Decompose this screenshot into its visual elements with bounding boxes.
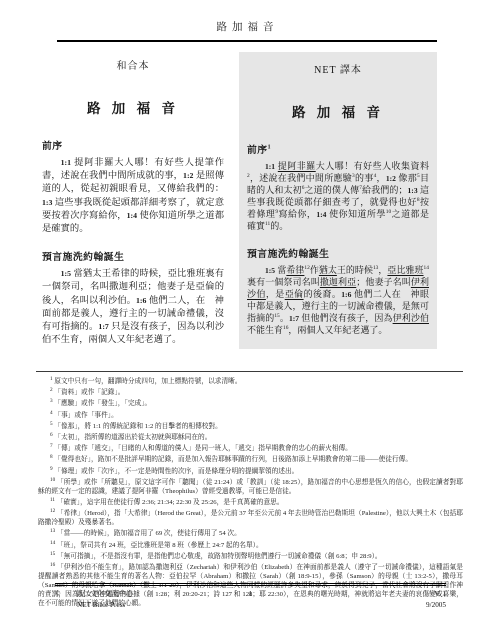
section-heading-john-birth-net: 預言施洗約翰誕生	[247, 246, 429, 260]
verse-number: 1:4	[127, 211, 137, 220]
verse-number: 1:7	[98, 322, 108, 331]
verse-paragraph-net-1: 1:1 提阿非羅大人哪！有好些人收集資料2，述說在我們中間所應驗3的事4，1:2…	[247, 161, 429, 233]
proper-name: 提阿非羅	[278, 161, 316, 171]
footnote-reference: 5	[417, 173, 420, 179]
column-net-version: NET 譯本 路 加 福 音 前序1 1:1 提阿非羅大人哪！有好些人收集資料2…	[239, 52, 437, 349]
proper-name: 伊利沙伯	[393, 313, 429, 323]
footnote-item: 10 「所學」或作「所聽見」，原文這字可作「聽聞」（徒 21:24）或「教訓」（…	[38, 477, 463, 497]
footnote-reference: 2	[247, 173, 250, 179]
footnote-reference: 11	[265, 221, 270, 227]
footnote-number: 9	[50, 466, 53, 472]
verse-paragraph-union-1: 1:1 提阿非羅大人哪！有好些人提筆作書，述說在我們中間所成就的事，1:2 是照…	[42, 157, 224, 236]
footnote-reference: 4	[374, 173, 377, 179]
proper-name: 亞比雅班	[387, 265, 423, 275]
footnotes: 1 原文中只有一句，翻譯時分成四句，加上標點符號，以求清晰。2 「資料」或作「記…	[38, 376, 463, 609]
footnote-item: 14 「班」，祭司共有 24 班，亞比雅班是第 8 班（參歷上 24:7 起的名…	[38, 540, 463, 551]
footnote-item: 15 「無可指摘」，不是指沒有罪，是指他們忠心敬虔，故路加特別聲明他們遵行一切誡…	[38, 551, 463, 562]
footnote-number: 7	[50, 443, 53, 449]
footnote-separator-rule	[36, 371, 463, 372]
footnote-item: 8 「覺得也好」，路加不是批評早期的記錄，而是加入報告耶穌事蹟的行列，日後路加添…	[38, 454, 463, 465]
footnote-item: 11 「確實」，這字用在使徒行傳 2:36; 21:34; 22:30 及 25…	[38, 497, 463, 508]
footnote-item: 4 「事」或作「事件」。	[38, 410, 463, 421]
footnote-item: 2 「資料」或作「記錄」。	[38, 387, 463, 398]
footnote-number: 8	[50, 454, 53, 460]
book-title-union: 路 加 福 音	[42, 97, 224, 117]
verse-number: 1:1	[265, 162, 275, 171]
footnote-number: 14	[50, 540, 55, 546]
footnote-reference: 7	[359, 185, 362, 191]
footnote-number: 15	[50, 551, 55, 557]
column-header-union: 和合本	[42, 52, 224, 72]
page-footer: ©德仁文化交流中心 NET Bible Press 1 V. 1 9/2005	[55, 589, 446, 611]
footnote-number: 13	[50, 528, 55, 534]
copyright-symbol: ©	[55, 590, 60, 598]
footnote-number: 4	[50, 410, 53, 416]
verse-number: 1:2	[386, 174, 396, 183]
footnote-reference: 1	[268, 145, 271, 151]
footnote-reference: 14	[424, 265, 429, 271]
footnote-reference: 8	[417, 197, 420, 203]
footnote-item: 12 「希律」（Herod），指「大希律」（Herod the Great），是…	[38, 508, 463, 528]
footnote-item: 6 「太初」，指所傳的道源出於從太初就與耶穌同在的。	[38, 432, 463, 443]
footnote-item: 1 原文中只有一句，翻譯時分成四句，加上標點符號，以求清晰。	[38, 376, 463, 387]
verse-number: 1:2	[183, 171, 193, 180]
date-label: 9/2005	[266, 600, 447, 611]
footnote-number: 3	[50, 398, 53, 404]
footnote-reference: 6	[302, 185, 305, 191]
proper-name: 亞倫	[285, 289, 304, 299]
footer-publisher: ©德仁文化交流中心 NET Bible Press	[55, 589, 236, 611]
verse-number: 1:3	[42, 198, 52, 207]
footnote-reference: 10	[386, 209, 391, 215]
publisher-name: 德仁文化交流中心	[75, 590, 133, 598]
version-label: V. 1	[266, 589, 447, 600]
footnote-reference: 12	[304, 265, 309, 271]
footnote-reference: 16	[283, 325, 288, 331]
proper-name: 希律	[286, 265, 304, 275]
verse-number: 1:4	[316, 210, 326, 219]
verse-number: 1:6	[136, 296, 146, 305]
footer-version-block: V. 1 9/2005	[266, 589, 447, 611]
footnote-reference: 3	[352, 173, 355, 179]
column-header-net: NET 譯本	[247, 56, 429, 76]
verse-number: 1:7	[289, 314, 299, 323]
proper-name: 撒迦利亞	[320, 277, 356, 287]
footnote-number: 11	[50, 497, 55, 503]
section-heading-preface-net: 前序1	[247, 142, 429, 156]
footer-rule	[55, 583, 446, 586]
page-number: 1	[236, 589, 266, 611]
footnote-reference: 15	[274, 313, 279, 319]
page-running-title: 路加福音	[0, 19, 495, 34]
footnote-number: 6	[50, 432, 53, 438]
verse-number: 1:3	[408, 186, 418, 195]
proper-name: 猶太	[319, 265, 337, 275]
footnote-number: 1	[50, 376, 53, 382]
footnote-item: 3 「應驗」或作「發生」，「完成」。	[38, 398, 463, 409]
translation-columns: 和合本 路 加 福 音 前序 1:1 提阿非羅大人哪！有好些人提筆作書，述說在我…	[42, 52, 437, 349]
verse-paragraph-net-2: 1:5 當希律12作猶太王的時候13，亞比雅班14裏有一個祭司名叫撒迦利亞；他妻…	[247, 265, 429, 337]
footnote-item: 7 「傳」或作「遞交」，「目睹的人和傳道的僕人」是同一班人，「遞交」指早期教會的…	[38, 443, 463, 454]
document-page: 路加福音 和合本 路 加 福 音 前序 1:1 提阿非羅大人哪！有好些人提筆作書…	[0, 0, 495, 640]
footnote-item: 13 「當——的時候」，路加福音用了 69 次，使徒行傳用了 54 次。	[38, 528, 463, 539]
verse-number: 1:5	[61, 269, 71, 278]
footnote-reference: 9	[275, 209, 278, 215]
verse-number: 1:5	[265, 266, 275, 275]
footnote-number: 16	[50, 562, 55, 568]
verse-number: 1:1	[61, 158, 71, 167]
footnote-reference: 13	[373, 265, 378, 271]
section-heading-preface-union: 前序	[42, 138, 224, 152]
book-title-net: 路 加 福 音	[247, 101, 429, 121]
footnote-item: 9 「條理」或作「次序」，不一定是時間性的次序，而是條理分明的提綱挈領的述出。	[38, 466, 463, 477]
press-name: NET Bible Press	[77, 600, 236, 611]
verse-paragraph-union-2: 1:5 當猶太王希律的時候，亞比雅班裏有一個祭司，名叫撒迦利亞；他妻子是亞倫的後…	[42, 268, 224, 347]
column-union-version: 和合本 路 加 福 音 前序 1:1 提阿非羅大人哪！有好些人提筆作書，述說在我…	[42, 52, 224, 347]
footnote-number: 10	[50, 477, 55, 483]
footnote-number: 12	[50, 508, 55, 514]
section-heading-john-birth-union: 預言施洗約翰誕生	[42, 249, 224, 263]
header-rule	[57, 40, 437, 42]
footnote-item: 5 「像那」，將 1:1 的傳統記錄和 1:2 的目擊者的相傳校對。	[38, 421, 463, 432]
footnote-number: 5	[50, 421, 53, 427]
footnote-number: 2	[50, 387, 53, 393]
verse-number: 1:6	[341, 290, 351, 299]
